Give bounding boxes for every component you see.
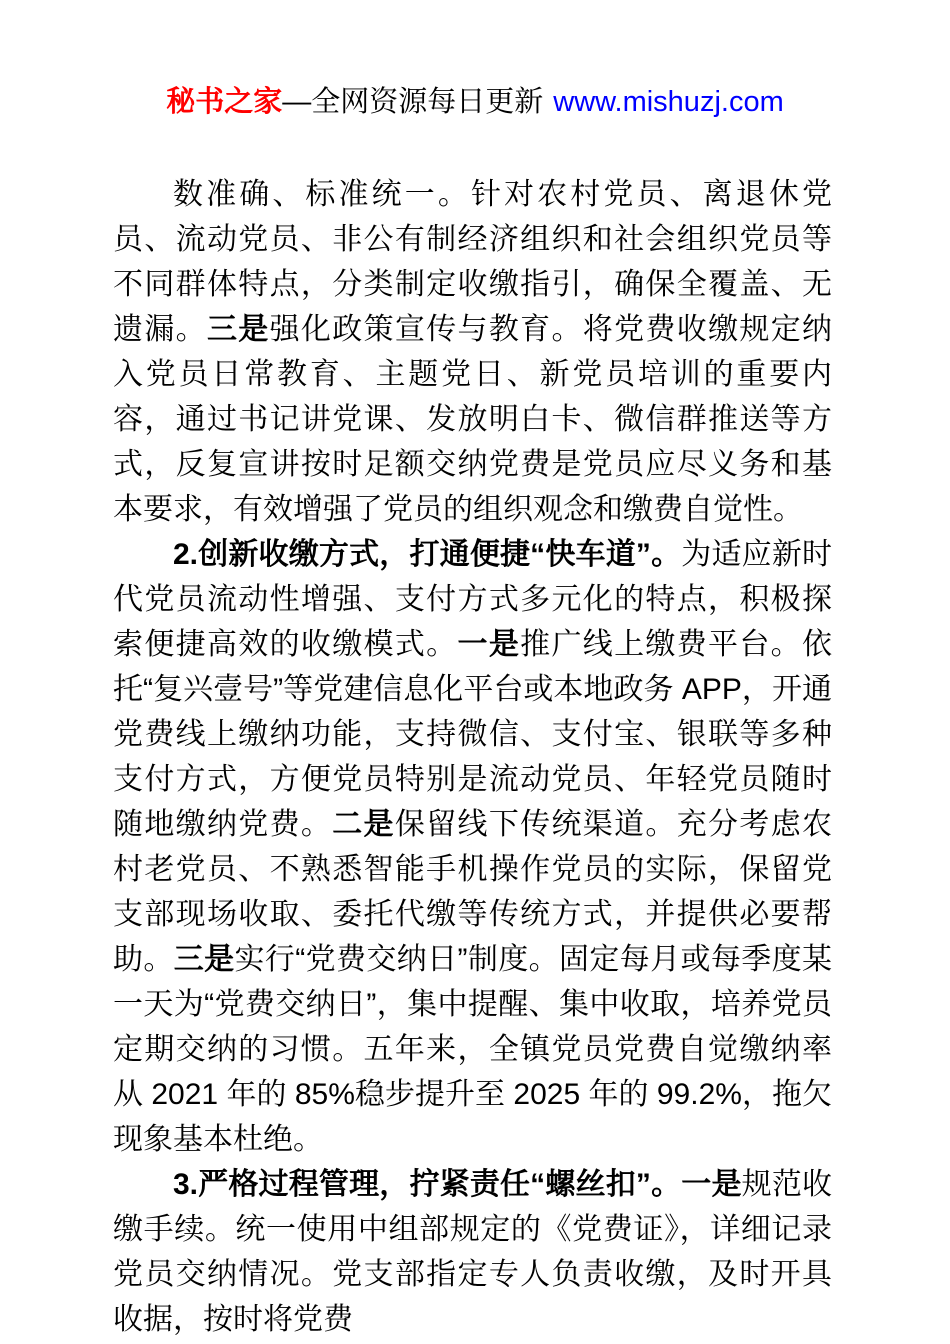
- site-url-link[interactable]: www.mishuzj.com: [553, 86, 783, 118]
- site-brand: 秘书之家: [166, 86, 282, 118]
- bold-text-segment: 三是: [174, 943, 235, 976]
- bold-text-segment: 3.严格过程管理，拧紧责任“螺丝扣”。一是: [173, 1168, 742, 1201]
- bold-text-segment: 三是: [207, 313, 270, 346]
- paragraph-3: 3.严格过程管理，拧紧责任“螺丝扣”。一是规范收缴手续。统一使用中组部规定的《党…: [113, 1162, 832, 1342]
- document-page: 秘书之家—全网资源每日更新www.mishuzj.com 数准确、标准统一。针对…: [0, 0, 950, 1344]
- paragraph-2: 2.创新收缴方式，打通便捷“快车道”。为适应新时代党员流动性增强、支付方式多元化…: [113, 532, 832, 1162]
- bold-text-segment: 二是: [332, 808, 395, 841]
- bold-text-segment: 2.创新收缴方式，打通便捷“快车道”。: [173, 538, 681, 571]
- page-header: 秘书之家—全网资源每日更新www.mishuzj.com: [0, 84, 950, 120]
- bold-text-segment: 一是: [458, 628, 521, 661]
- paragraph-1: 数准确、标准统一。针对农村党员、离退休党员、流动党员、非公有制经济组织和社会组织…: [113, 172, 832, 532]
- site-tagline: —全网资源每日更新: [282, 86, 543, 118]
- document-body: 数准确、标准统一。针对农村党员、离退休党员、流动党员、非公有制经济组织和社会组织…: [113, 172, 832, 1342]
